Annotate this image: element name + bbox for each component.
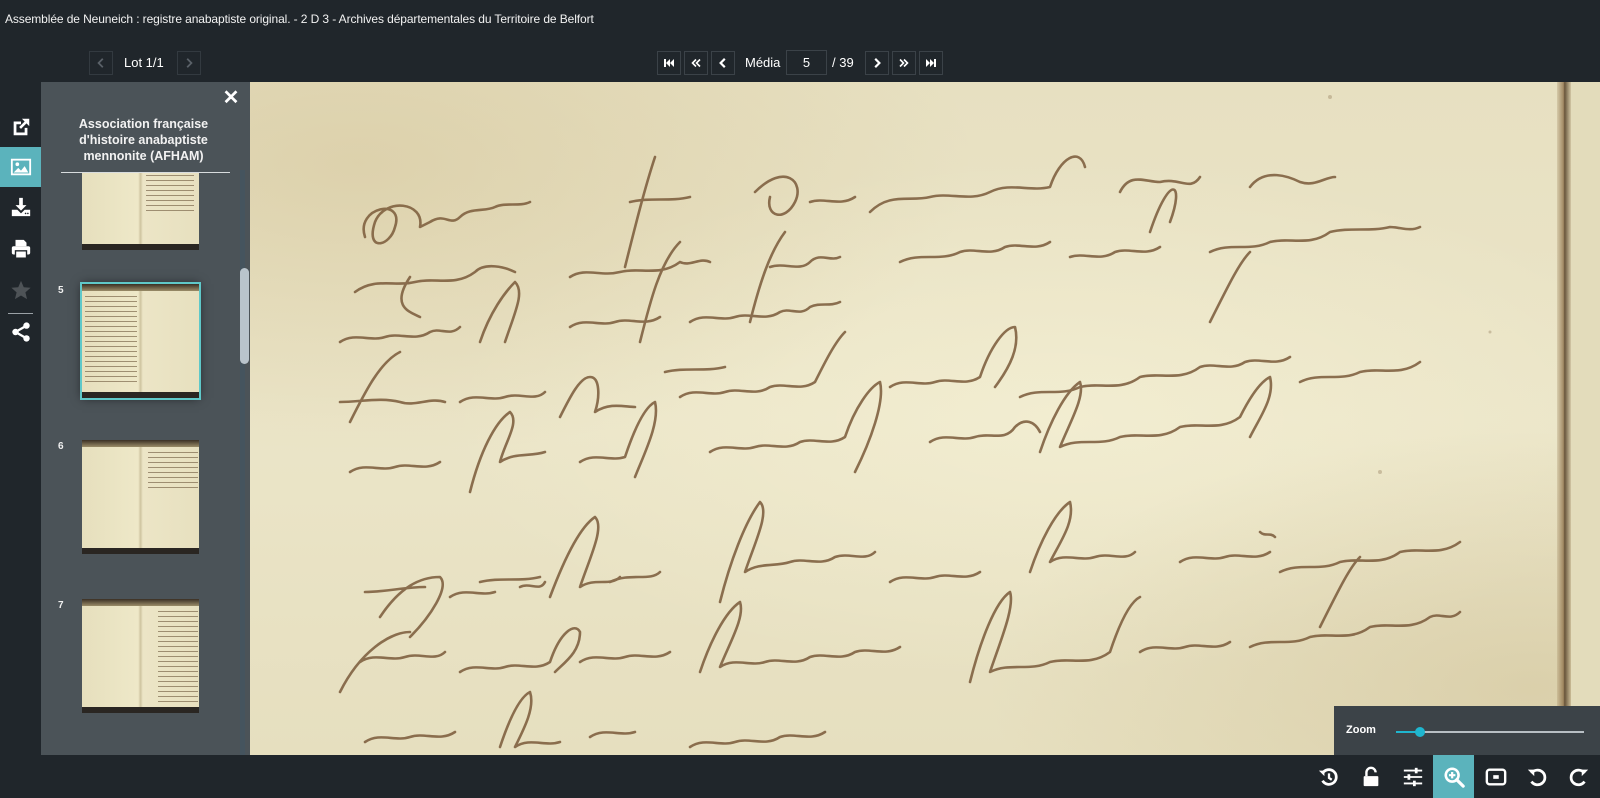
image-viewer[interactable] <box>250 82 1600 755</box>
fit-screen-icon <box>1485 766 1507 788</box>
chevron-left-icon <box>95 57 107 69</box>
page-spine <box>1557 82 1571 755</box>
media-total: / 39 <box>832 55 854 70</box>
lot-label: Lot 1/1 <box>124 55 164 70</box>
rotate-right-button[interactable] <box>1558 755 1599 798</box>
fast-back-button[interactable] <box>684 51 708 75</box>
fast-forward-button[interactable] <box>892 51 916 75</box>
print-icon <box>10 238 32 260</box>
thumbnail-number: 6 <box>58 441 64 452</box>
rotate-left-icon <box>1526 766 1548 788</box>
star-icon <box>10 279 32 301</box>
thumbnail-list[interactable]: 5 6 7 <box>41 173 240 755</box>
sliders-icon <box>1402 766 1424 788</box>
chevron-right-icon <box>871 57 883 69</box>
thumbnail-number: 7 <box>58 600 64 611</box>
panel-title: Association française d'histoire anabapt… <box>61 116 226 164</box>
download-button[interactable] <box>0 187 41 227</box>
open-external-button[interactable] <box>0 107 41 147</box>
lot-prev-button[interactable] <box>89 51 113 75</box>
bottom-toolbar <box>0 755 1600 798</box>
zoom-label: Zoom <box>1346 724 1376 736</box>
thumbnail-4[interactable] <box>82 173 199 250</box>
thumbnail-writing <box>148 452 198 488</box>
skip-first-icon <box>663 57 675 69</box>
share-icon <box>10 321 32 343</box>
panel-scrollbar-thumb[interactable] <box>240 268 249 364</box>
print-button[interactable] <box>0 229 41 269</box>
double-chevron-right-icon <box>898 57 910 69</box>
thumbnail-5[interactable] <box>82 284 199 398</box>
thumbnail-panel: ✕ Association française d'histoire anaba… <box>41 82 250 755</box>
thumbnail-7[interactable] <box>82 599 199 713</box>
facing-page-edge <box>1571 82 1600 755</box>
images-button[interactable] <box>0 147 41 187</box>
fit-screen-button[interactable] <box>1475 755 1516 798</box>
panel-scrollbar-track[interactable] <box>240 170 245 755</box>
skip-last-icon <box>925 57 937 69</box>
last-media-button[interactable] <box>919 51 943 75</box>
reset-view-button[interactable] <box>1308 755 1349 798</box>
close-panel-button[interactable]: ✕ <box>221 88 241 108</box>
first-media-button[interactable] <box>657 51 681 75</box>
close-icon: ✕ <box>223 87 240 109</box>
media-label: Média <box>745 55 780 70</box>
prev-media-button[interactable] <box>711 51 735 75</box>
zoom-tool-button[interactable] <box>1433 755 1474 798</box>
unlock-button[interactable] <box>1350 755 1391 798</box>
zoom-in-icon <box>1443 766 1465 788</box>
left-toolbar <box>0 82 41 755</box>
adjustments-button[interactable] <box>1392 755 1433 798</box>
external-link-icon <box>10 116 32 138</box>
thumbnail-writing <box>158 611 198 706</box>
navigation-bar: Lot 1/1 Média / 39 <box>0 40 1600 82</box>
next-media-button[interactable] <box>865 51 889 75</box>
history-icon <box>1318 766 1340 788</box>
title-bar: Assemblée de Neuneich : registre anabapt… <box>0 0 1600 40</box>
zoom-slider-handle[interactable] <box>1415 727 1425 737</box>
unlock-icon <box>1360 766 1382 788</box>
chevron-right-icon <box>183 57 195 69</box>
thumbnail-writing <box>146 173 194 213</box>
zoom-panel: Zoom <box>1334 706 1600 755</box>
image-icon <box>10 156 32 178</box>
lot-next-button[interactable] <box>177 51 201 75</box>
rotate-left-button[interactable] <box>1516 755 1557 798</box>
double-chevron-left-icon <box>690 57 702 69</box>
media-page-input[interactable] <box>786 50 827 75</box>
favorite-button[interactable] <box>0 270 41 310</box>
manuscript-image <box>250 82 1600 755</box>
download-icon <box>10 196 32 218</box>
thumbnail-number: 5 <box>58 285 64 296</box>
share-button[interactable] <box>0 312 41 352</box>
document-title: Assemblée de Neuneich : registre anabapt… <box>5 12 594 26</box>
rotate-right-icon <box>1568 766 1590 788</box>
thumbnail-6[interactable] <box>82 440 199 554</box>
thumbnail-writing <box>85 296 137 386</box>
chevron-left-icon <box>717 57 729 69</box>
